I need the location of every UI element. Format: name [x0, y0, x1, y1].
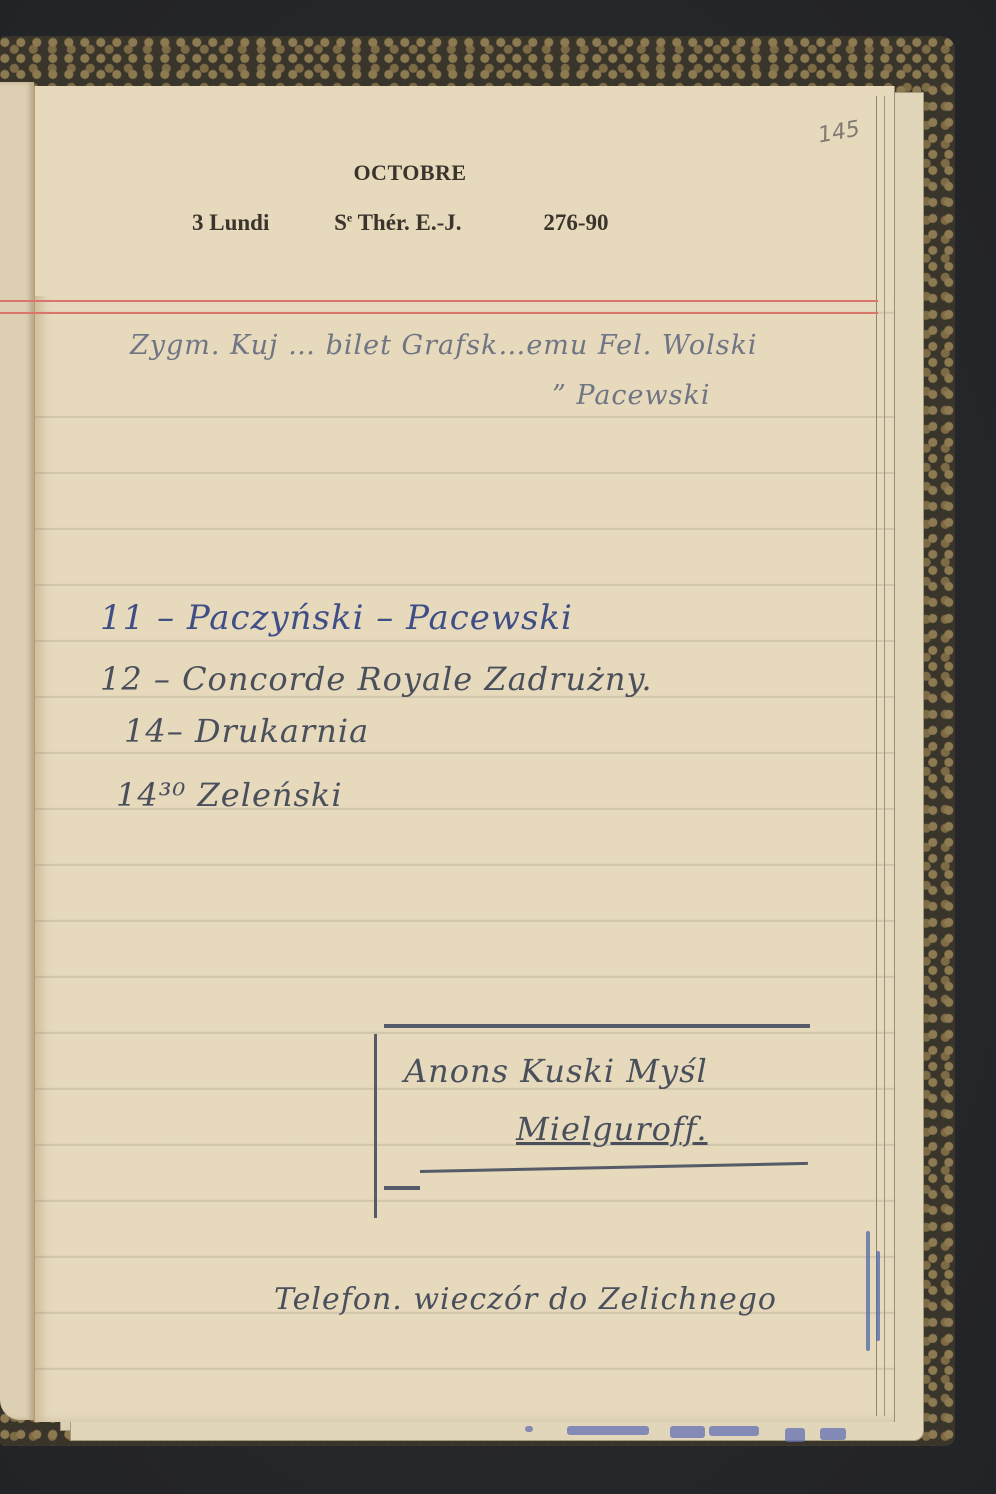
boxed-note-line2: Mielguroff.	[516, 1110, 708, 1148]
handwritten-note: Zygm. Kuj … bilet Grafsk…emu Fel. Wolski	[130, 330, 758, 361]
handwritten-entry-1430: 14³⁰ Zeleński	[116, 776, 343, 814]
day-label: 3 Lundi	[192, 210, 334, 236]
header-red-rule	[0, 300, 878, 302]
handwritten-entry-12: 12 – Concorde Royale Zadrużny.	[100, 660, 653, 698]
handwritten-entry-11: 11 – Paczyński – Pacewski	[100, 598, 573, 638]
ink-mark	[876, 1251, 880, 1341]
ink-mark	[866, 1231, 870, 1351]
ink-bleed	[785, 1428, 805, 1442]
left-page-edge	[0, 82, 34, 1420]
ink-bleed	[567, 1426, 649, 1435]
gutter-fold	[34, 86, 35, 1422]
handwritten-note: ” Pacewski	[552, 380, 711, 411]
page-header-area	[34, 86, 894, 296]
saint-label: Se Thér. E.-J.	[334, 210, 543, 236]
box-top-line	[384, 1024, 810, 1028]
boxed-note-line1: Anons Kuski Myśl	[404, 1052, 708, 1090]
handwritten-entry-14: 14– Drukarnia	[124, 712, 369, 750]
ink-bleed	[709, 1426, 759, 1436]
footer-handwritten-note: Telefon. wieczór do Zelichnego	[274, 1282, 777, 1317]
box-left-line	[374, 1034, 377, 1218]
header-red-rule	[0, 312, 878, 314]
ink-bleed	[820, 1428, 846, 1440]
date-line: 3 Lundi Se Thér. E.-J. 276-90	[192, 210, 642, 236]
day-count: 276-90	[543, 210, 642, 236]
box-bottom-line	[384, 1186, 420, 1190]
page-edge-rule	[876, 96, 877, 1416]
month-heading: OCTOBRE	[340, 160, 480, 186]
ink-bleed	[525, 1426, 533, 1432]
ink-bleed	[670, 1426, 705, 1438]
page-edge-rule	[884, 96, 885, 1416]
diary-page	[34, 86, 895, 1422]
